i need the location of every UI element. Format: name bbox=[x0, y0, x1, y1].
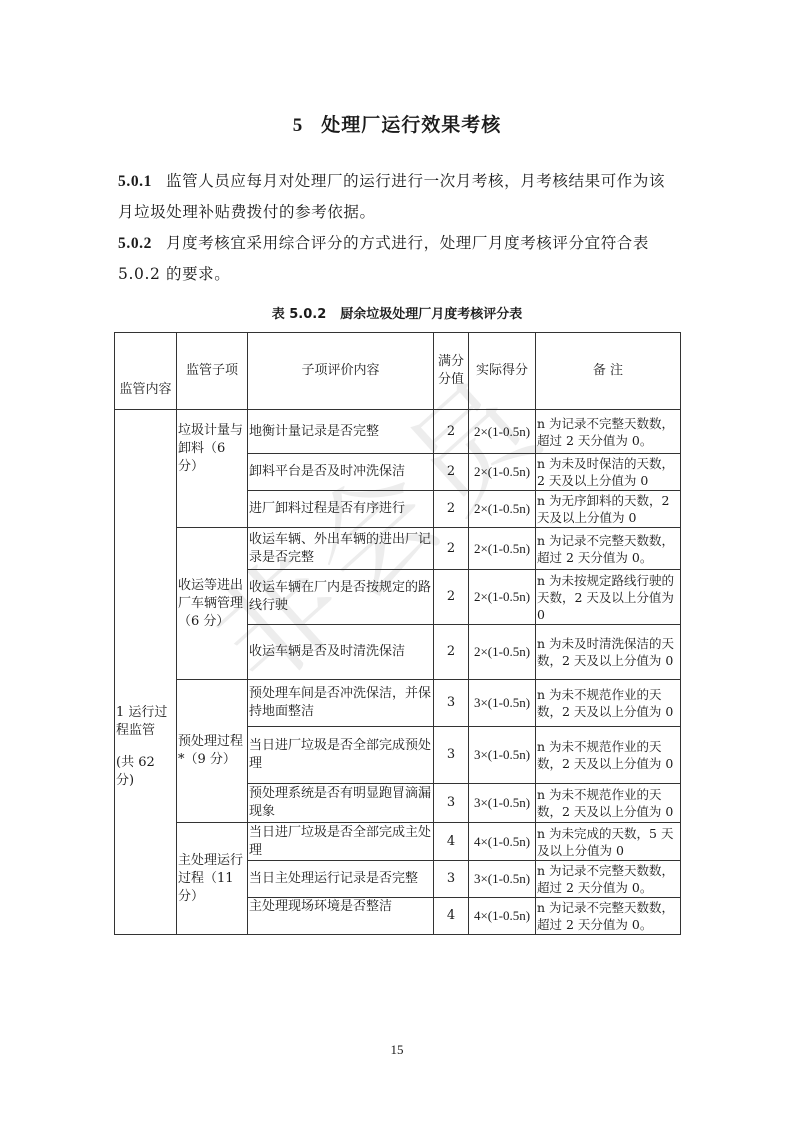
group-cell: 预处理过程*（9 分） bbox=[177, 680, 248, 823]
score-cell: 4 bbox=[434, 823, 469, 861]
score-cell: 4 bbox=[434, 898, 469, 935]
group-cell: 垃圾计量与卸料（6 分） bbox=[177, 410, 248, 528]
section-title: 5处理厂运行效果考核 bbox=[0, 110, 794, 137]
note-cell: n 为记录不完整天数数，超过 2 天分值为 0。 bbox=[536, 528, 681, 570]
clause-5-0-2: 5.0.2月度考核宜采用综合评分的方式进行，处理厂月度考核评分宜符合表5.0.2… bbox=[118, 228, 678, 290]
content-cell: 卸料平台是否及时冲洗保洁 bbox=[248, 454, 434, 491]
content-cell: 预处理系统是否有明显跑冒滴漏现象 bbox=[248, 784, 434, 823]
formula-cell: 3×(1-0.5n) bbox=[469, 727, 536, 784]
header-cell: 监管子项 bbox=[177, 333, 248, 410]
assessment-table: 监管内容 监管子项 子项评价内容 满分分值 实际得分 备 注 1 运行过程监管 … bbox=[114, 332, 681, 935]
table-caption: 表 5.0.2厨余垃圾处理厂月度考核评分表 bbox=[0, 303, 794, 322]
header-cell: 满分分值 bbox=[434, 333, 469, 410]
page-number: 15 bbox=[0, 1042, 794, 1058]
note-cell: n 为未按规定路线行驶的天数，2 天及以上分值为 0 bbox=[536, 570, 681, 625]
formula-cell: 2×(1-0.5n) bbox=[469, 570, 536, 625]
content-cell: 预处理车间是否冲洗保洁，并保持地面整洁 bbox=[248, 680, 434, 727]
note-cell: n 为未及时保洁的天数，2 天及以上分值为 0 bbox=[536, 454, 681, 491]
content-cell: 进厂卸料过程是否有序进行 bbox=[248, 491, 434, 528]
formula-cell: 3×(1-0.5n) bbox=[469, 784, 536, 823]
note-cell: n 为记录不完整天数数，超过 2 天分值为 0。 bbox=[536, 861, 681, 898]
note-cell: n 为未不规范作业的天数，2 天及以上分值为 0 bbox=[536, 727, 681, 784]
header-cell: 监管内容 bbox=[115, 333, 177, 410]
formula-cell: 2×(1-0.5n) bbox=[469, 454, 536, 491]
score-cell: 2 bbox=[434, 625, 469, 680]
score-cell: 3 bbox=[434, 727, 469, 784]
note-cell: n 为无序卸料的天数，2 天及以上分值为 0 bbox=[536, 491, 681, 528]
score-cell: 2 bbox=[434, 570, 469, 625]
score-cell: 2 bbox=[434, 491, 469, 528]
formula-cell: 4×(1-0.5n) bbox=[469, 898, 536, 935]
content-cell: 主处理现场环境是否整洁 bbox=[248, 898, 434, 935]
clause-number: 5.0.2 bbox=[118, 235, 152, 252]
score-cell: 3 bbox=[434, 784, 469, 823]
header-cell: 实际得分 bbox=[469, 333, 536, 410]
table-header-row: 监管内容 监管子项 子项评价内容 满分分值 实际得分 备 注 bbox=[115, 333, 681, 410]
group-cell: 主处理运行过程（11 分） bbox=[177, 823, 248, 935]
clause-text: 监管人员应每月对处理厂的运行进行一次月考核，月考核结果可作为该月垃圾处理补贴费拨… bbox=[118, 172, 665, 221]
section-number: 5 bbox=[293, 115, 304, 136]
table-row: 主处理运行过程（11 分） 当日进厂垃圾是否全部完成主处理 4 4×(1-0.5… bbox=[115, 823, 681, 861]
content-cell: 收运车辆、外出车辆的进出厂记录是否完整 bbox=[248, 528, 434, 570]
note-cell: n 为记录不完整天数数，超过 2 天分值为 0。 bbox=[536, 410, 681, 454]
content-cell: 当日进厂垃圾是否全部完成预处理 bbox=[248, 727, 434, 784]
formula-cell: 3×(1-0.5n) bbox=[469, 680, 536, 727]
note-cell: n 为未不规范作业的天数，2 天及以上分值为 0 bbox=[536, 680, 681, 727]
formula-cell: 2×(1-0.5n) bbox=[469, 410, 536, 454]
formula-cell: 2×(1-0.5n) bbox=[469, 491, 536, 528]
formula-cell: 3×(1-0.5n) bbox=[469, 861, 536, 898]
group-cell: 收运等进出厂车辆管理（6 分） bbox=[177, 528, 248, 680]
formula-cell: 2×(1-0.5n) bbox=[469, 528, 536, 570]
table-row: 1 运行过程监管 (共 62 分) 垃圾计量与卸料（6 分） 地衡计量记录是否完… bbox=[115, 410, 681, 454]
score-cell: 2 bbox=[434, 528, 469, 570]
clause-5-0-1: 5.0.1监管人员应每月对处理厂的运行进行一次月考核，月考核结果可作为该月垃圾处… bbox=[118, 166, 678, 228]
header-cell: 备 注 bbox=[536, 333, 681, 410]
section-title-text: 处理厂运行效果考核 bbox=[321, 114, 501, 136]
formula-cell: 2×(1-0.5n) bbox=[469, 625, 536, 680]
note-cell: n 为未完成的天数，5 天及以上分值为 0 bbox=[536, 823, 681, 861]
table-caption-title: 厨余垃圾处理厂月度考核评分表 bbox=[340, 307, 522, 322]
score-cell: 2 bbox=[434, 454, 469, 491]
content-cell: 地衡计量记录是否完整 bbox=[248, 410, 434, 454]
content-cell: 当日进厂垃圾是否全部完成主处理 bbox=[248, 823, 434, 861]
category-cell: 1 运行过程监管 (共 62 分) bbox=[115, 410, 177, 935]
score-cell: 2 bbox=[434, 410, 469, 454]
table-caption-number: 表 5.0.2 bbox=[272, 307, 327, 322]
note-cell: n 为未不规范作业的天数，2 天及以上分值为 0 bbox=[536, 784, 681, 823]
table-row: 收运等进出厂车辆管理（6 分） 收运车辆、外出车辆的进出厂记录是否完整 2 2×… bbox=[115, 528, 681, 570]
content-cell: 当日主处理运行记录是否完整 bbox=[248, 861, 434, 898]
clause-text: 月度考核宜采用综合评分的方式进行，处理厂月度考核评分宜符合表5.0.2 的要求。 bbox=[118, 234, 649, 283]
content-cell: 收运车辆是否及时清洗保洁 bbox=[248, 625, 434, 680]
score-cell: 3 bbox=[434, 680, 469, 727]
note-cell: n 为未及时清洗保洁的天数，2 天及以上分值为 0 bbox=[536, 625, 681, 680]
formula-cell: 4×(1-0.5n) bbox=[469, 823, 536, 861]
clause-number: 5.0.1 bbox=[118, 173, 152, 190]
table-row: 预处理过程*（9 分） 预处理车间是否冲洗保洁，并保持地面整洁 3 3×(1-0… bbox=[115, 680, 681, 727]
header-cell: 子项评价内容 bbox=[248, 333, 434, 410]
note-cell: n 为记录不完整天数数，超过 2 天分值为 0。 bbox=[536, 898, 681, 935]
score-cell: 3 bbox=[434, 861, 469, 898]
content-cell: 收运车辆在厂内是否按规定的路线行驶 bbox=[248, 570, 434, 625]
